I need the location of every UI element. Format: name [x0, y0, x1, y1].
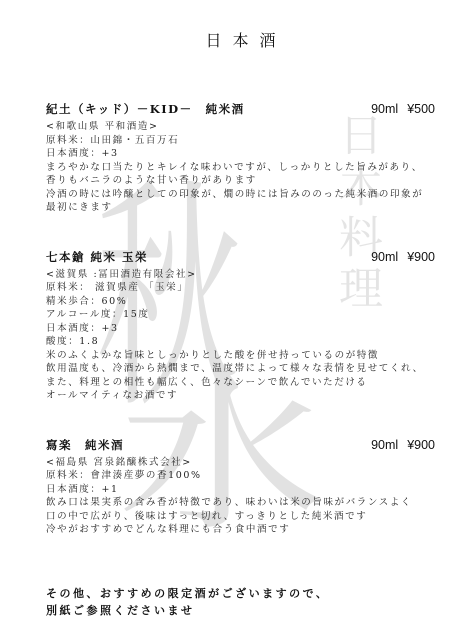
detail-line: 精米歩合：60%	[46, 295, 435, 309]
menu-content: 日本酒 紀土（キッド）－KID－ 純米酒 90ml ¥500 <和歌山県 平和酒…	[0, 0, 453, 619]
detail-line: オールマイティなお酒です	[46, 389, 435, 403]
detail-line: 飲用温度も、冷酒から熱燗まで、温度帯によって様々な表情を見せてくれ、	[46, 362, 435, 376]
detail-line: 冷酒の時には吟醸としての印象が、燗の時には旨みののった純米酒の印象が	[46, 188, 435, 202]
sake-heading-row: 寫楽 純米酒 90ml ¥900	[46, 437, 435, 453]
detail-line: <滋賀県 :冨田酒造有限会社>	[46, 268, 435, 282]
detail-line: 原料米：會津湊産夢の香100%	[46, 469, 435, 483]
footer-note-line2: 別紙ご参照くださいませ	[46, 602, 435, 619]
detail-line: <和歌山県 平和酒造>	[46, 120, 435, 134]
detail-line: 冷やがおすすめでどんな料理にも合う食中酒です	[46, 523, 435, 537]
detail-line: 原料米：山田錦・五百万石	[46, 134, 435, 148]
sake-name: 七本鎗 純米 玉栄	[46, 249, 148, 265]
detail-line: 日本酒度：+1	[46, 483, 435, 497]
sake-price-group: 90ml ¥500	[371, 102, 435, 116]
sake-price-group: 90ml ¥900	[371, 438, 435, 452]
detail-line: 日本酒度：+3	[46, 322, 435, 336]
sake-heading-row: 七本鎗 純米 玉栄 90ml ¥900	[46, 249, 435, 265]
sake-price-group: 90ml ¥900	[371, 250, 435, 264]
sake-price: ¥900	[407, 250, 435, 264]
sake-size: 90ml	[371, 250, 398, 264]
detail-line: 日本酒度：+3	[46, 147, 435, 161]
sake-name: 紀土（キッド）－KID－ 純米酒	[46, 101, 245, 117]
sake-details: <福島県 宮泉銘醸株式会社>原料米：會津湊産夢の香100%日本酒度：+1飲み口は…	[46, 456, 435, 537]
sake-details: <和歌山県 平和酒造>原料米：山田錦・五百万石日本酒度：+3まろやかな口当たりと…	[46, 120, 435, 215]
detail-line: 原料米： 滋賀県産 「玉栄」	[46, 281, 435, 295]
sake-item: 寫楽 純米酒 90ml ¥900 <福島県 宮泉銘醸株式会社>原料米：會津湊産夢…	[46, 437, 435, 537]
detail-line: 香りもバニラのような甘い香りがあります	[46, 174, 435, 188]
sake-name: 寫楽 純米酒	[46, 437, 124, 453]
sake-item: 七本鎗 純米 玉栄 90ml ¥900 <滋賀県 :冨田酒造有限会社>原料米： …	[46, 249, 435, 403]
sake-heading-row: 紀土（キッド）－KID－ 純米酒 90ml ¥500	[46, 101, 435, 117]
sake-size: 90ml	[371, 438, 398, 452]
detail-line: まろやかな口当たりとキレイな味わいですが、しっかりとした旨みがあり、	[46, 161, 435, 175]
sake-price: ¥900	[407, 438, 435, 452]
footer-note-line1: その他、おすすめの限定酒がございますので、	[46, 585, 435, 602]
detail-line: 口の中で広がり、後味はすっと切れ、すっきりとした純米酒です	[46, 510, 435, 524]
sake-price: ¥500	[407, 102, 435, 116]
detail-line: <福島県 宮泉銘醸株式会社>	[46, 456, 435, 470]
sake-size: 90ml	[371, 102, 398, 116]
sake-item: 紀土（キッド）－KID－ 純米酒 90ml ¥500 <和歌山県 平和酒造>原料…	[46, 101, 435, 215]
detail-line: また、料理との相性も幅広く、色々なシーンで飲んでいただける	[46, 376, 435, 390]
page-title: 日本酒	[46, 28, 435, 51]
detail-line: 酸度：1.8	[46, 335, 435, 349]
footer-note: その他、おすすめの限定酒がございますので、 別紙ご参照くださいませ	[46, 585, 435, 619]
sake-details: <滋賀県 :冨田酒造有限会社>原料米： 滋賀県産 「玉栄」精米歩合：60%アルコ…	[46, 268, 435, 403]
detail-line: 最初にきます	[46, 201, 435, 215]
detail-line: 米のふくよかな旨味としっかりとした酸を併せ持っているのが特徴	[46, 349, 435, 363]
detail-line: アルコール度：15度	[46, 308, 435, 322]
detail-line: 飲み口は果実系の含み香が特徴であり、味わいは米の旨味がバランスよく	[46, 496, 435, 510]
sake-menu-page: 秋 水 日本料理 日本酒 紀土（キッド）－KID－ 純米酒 90ml ¥500 …	[0, 0, 453, 640]
